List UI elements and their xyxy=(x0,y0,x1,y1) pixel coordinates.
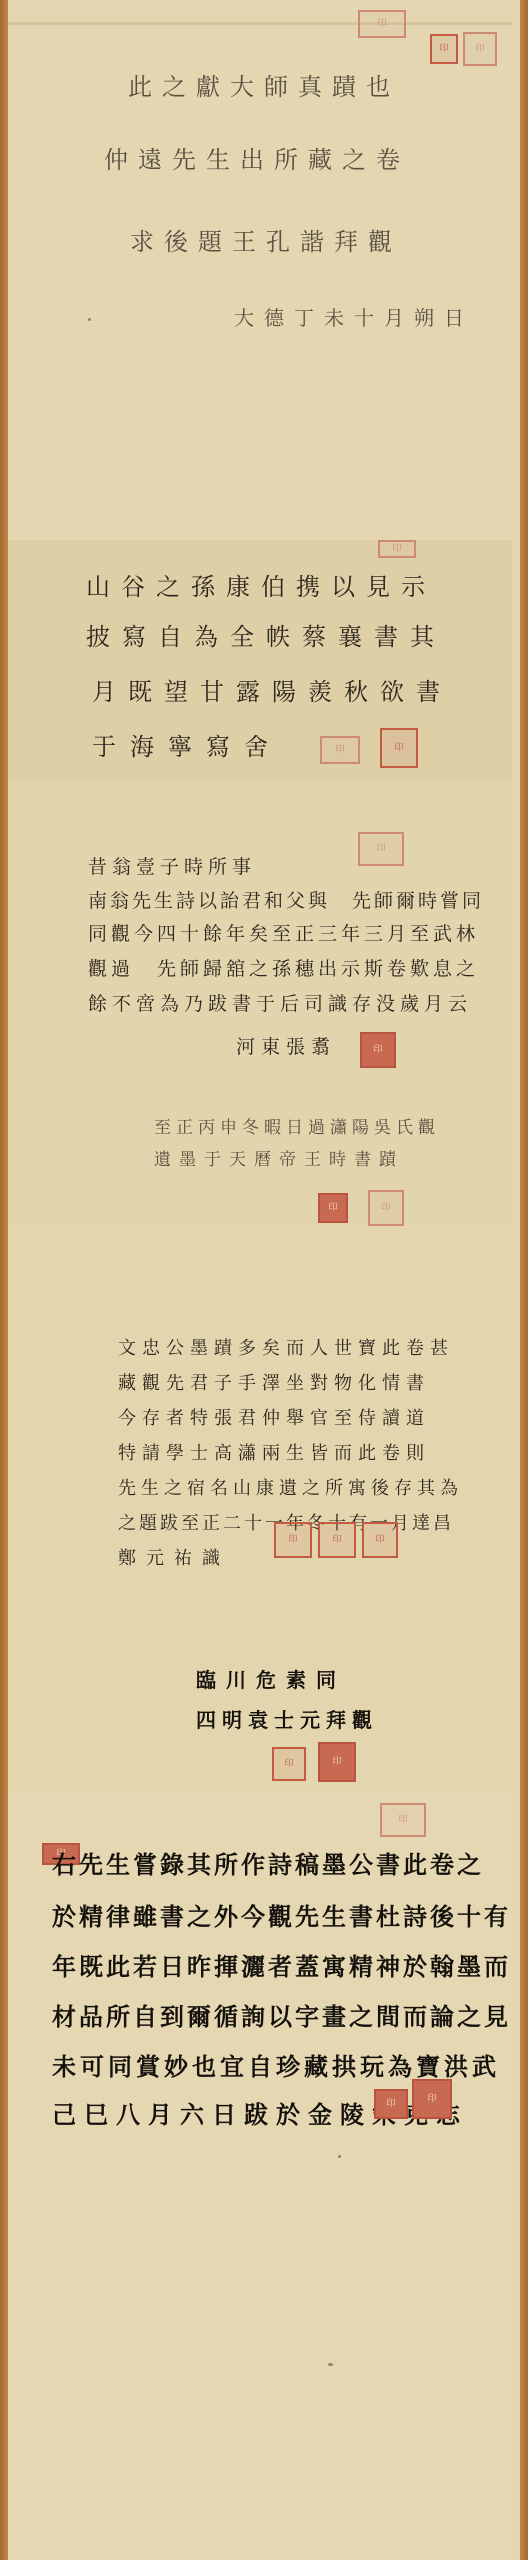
seal: 印 xyxy=(318,1193,348,1223)
colophon-signature: 鄭元祐識 xyxy=(118,1550,230,1568)
colophon-line: 月既望甘露陽羨秋欲書 xyxy=(92,680,452,704)
colophon-line: 餘不啻為乃跋書于后司識存没歲月云 xyxy=(88,995,472,1014)
paper-speck xyxy=(88,318,91,321)
colophon-line: 仲遠先生出所藏之卷 xyxy=(104,148,410,172)
colophon-line: 同觀今四十餘年矣至正三年三月至武林 xyxy=(88,925,479,944)
colophon-line: 材品所自到爾循詢以字畫之間而論之見 xyxy=(52,2005,511,2029)
colophon-line: 至正丙申冬暇日過瀟陽吳氏觀 xyxy=(154,1120,440,1137)
colophon-panel-5: 印 印 右先生嘗錄其所作詩稿墨公書此卷之 於精律雖書之外今觀先生書杜詩後十有 年… xyxy=(8,1793,512,2560)
scroll-mount-left xyxy=(0,0,8,2560)
colophon-signature: 河東張翥 xyxy=(236,1038,336,1057)
seal: 印 xyxy=(318,1742,356,1782)
paper-speck xyxy=(338,2155,341,2158)
colophon-line: 披寫自為全帙蔡襄書其 xyxy=(86,625,446,649)
colophon-line: 遺墨于天曆帝王時書蹟 xyxy=(154,1152,404,1169)
colophon-line: 今存者特張君仲舉官至侍讀道 xyxy=(118,1410,430,1428)
colophon-line: 此之獻大師真蹟也 xyxy=(128,75,400,99)
colophon-line: 年既此若日昨揮灑者蓋寓精神於翰墨而 xyxy=(52,1955,511,1979)
colophon-line: 于海寧寫舍 xyxy=(92,735,282,759)
colophon-line: 臨川危素同 xyxy=(196,1670,346,1690)
seal: 印 xyxy=(362,1522,398,1558)
colophon-line: 觀過 先師歸舘之孫穗出示斯卷歎息之 xyxy=(88,960,479,979)
seal: 印 xyxy=(274,1522,312,1558)
seal: 印 xyxy=(358,10,406,38)
colophon-line: 昔翁壹子時所事 xyxy=(88,858,256,877)
colophon-line: 求後題王孔諧拜觀 xyxy=(130,230,402,254)
seal: 印 xyxy=(430,34,458,64)
seal: 印 xyxy=(380,728,418,768)
colophon-line: 四明袁士元拜觀 xyxy=(196,1710,378,1730)
seal: 印 xyxy=(272,1747,306,1781)
scroll-mount-right xyxy=(520,0,528,2560)
colophon-panel-3: 印 昔翁壹子時所事 南翁先生詩以詒君和父與 先師爾時嘗同 同觀今四十餘年矣至正三… xyxy=(8,780,512,1230)
seal: 印 xyxy=(368,1190,404,1226)
colophon-panel-4: 文忠公墨蹟多矣而人世寶此卷甚 藏觀先君子手澤坐對物化情書 今存者特張君仲舉官至侍… xyxy=(8,1230,512,1793)
paper-speck xyxy=(328,2363,333,2366)
seal: 印 xyxy=(360,1032,396,1068)
colophon-panel-1: 印 印 印 此之獻大師真蹟也 仲遠先生出所藏之卷 求後題王孔諧拜觀 大德丁未十月… xyxy=(8,0,512,540)
colophon-line: 特請學士高瀟兩生皆而此卷則 xyxy=(118,1445,430,1463)
seal: 印 xyxy=(412,2079,452,2119)
seal: 印 xyxy=(378,540,416,558)
seal: 印 xyxy=(320,736,360,764)
colophon-line: 藏觀先君子手澤坐對物化情書 xyxy=(118,1375,430,1393)
colophon-line: 於精律雖書之外今觀先生書杜詩後十有 xyxy=(52,1905,511,1929)
colophon-line: 文忠公墨蹟多矣而人世寶此卷甚 xyxy=(118,1340,454,1358)
colophon-line: 右先生嘗錄其所作詩稿墨公書此卷之 xyxy=(52,1853,484,1877)
seal: 印 xyxy=(463,32,497,66)
seal: 印 xyxy=(380,1803,426,1837)
seal: 印 xyxy=(374,2089,408,2119)
colophon-line: 山谷之孫康伯携以見示 xyxy=(86,575,436,599)
seal: 印 xyxy=(358,832,404,866)
colophon-line: 大德丁未十月朔日 xyxy=(234,308,474,328)
colophon-line: 先生之宿名山康遺之所寓後存其為 xyxy=(118,1480,463,1498)
colophon-line: 南翁先生詩以詒君和父與 先師爾時嘗同 xyxy=(88,892,484,911)
colophon-panel-2: 印 山谷之孫康伯携以見示 披寫自為全帙蔡襄書其 月既望甘露陽羨秋欲書 于海寧寫舍… xyxy=(8,540,512,780)
panel-seam xyxy=(8,22,512,25)
colophon-line: 未可同賞妙也宜自珍藏拱玩為寶洪武 xyxy=(52,2055,500,2079)
seal: 印 xyxy=(318,1522,356,1558)
